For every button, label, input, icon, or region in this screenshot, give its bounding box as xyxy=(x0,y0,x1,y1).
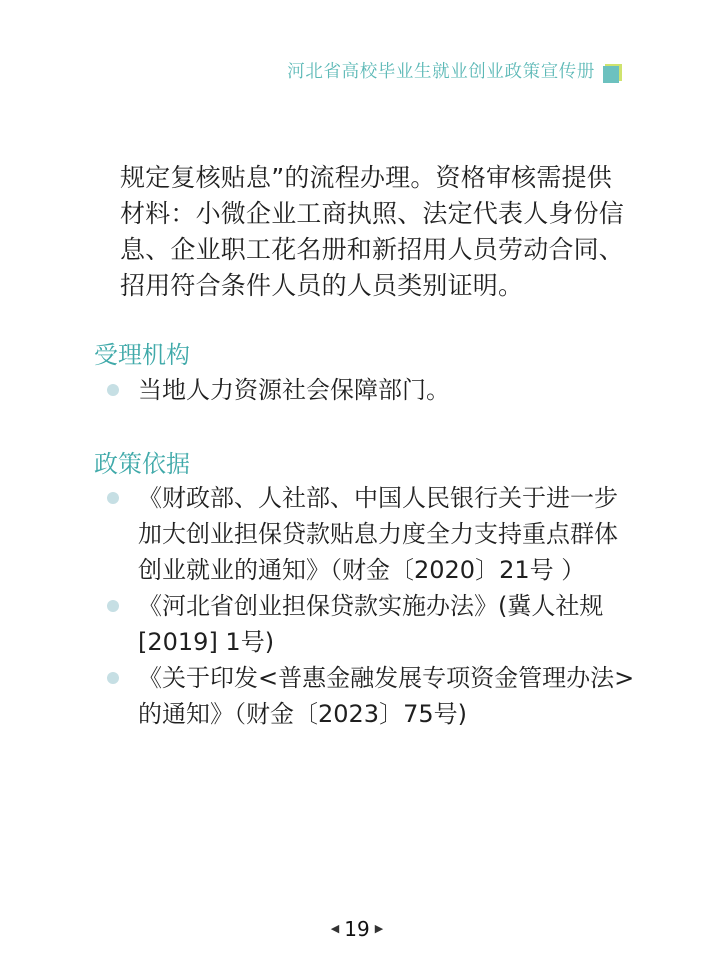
list-item: 《财政部、人社部、中国人民银行关于进一步 加大创业担保贷款贴息力度全力支持重点群… xyxy=(107,480,627,588)
section-heading-policy-basis: 政策依据 xyxy=(94,448,190,480)
list-item: 当地人力资源社会保障部门。 xyxy=(107,372,627,408)
bullet-dot-icon xyxy=(107,384,119,396)
list-item-line: 的通知》（财金〔2023〕75号) xyxy=(138,696,627,732)
policy-basis-list: 《财政部、人社部、中国人民银行关于进一步 加大创业担保贷款贴息力度全力支持重点群… xyxy=(107,480,627,732)
square-mark-icon xyxy=(603,65,622,84)
paragraph-line: 招用符合条件人员的人员类别证明。 xyxy=(120,268,610,304)
section-heading-accepting-agency: 受理机构 xyxy=(94,339,190,371)
square-mark-front xyxy=(603,66,619,83)
list-item-line: 《关于印发<普惠金融发展专项资金管理办法> xyxy=(138,660,627,696)
list-item-line: 《河北省创业担保贷款实施办法》(冀人社规 xyxy=(138,588,627,624)
list-item-line: [2019] 1号) xyxy=(138,624,627,660)
paragraph-line: 息、企业职工花名册和新招用人员劳动合同、 xyxy=(120,232,610,268)
running-header: 河北省高校毕业生就业创业政策宣传册 xyxy=(287,60,622,84)
body-paragraph: 规定复核贴息”的流程办理。资格审核需提供 材料：小微企业工商执照、法定代表人身份… xyxy=(120,160,610,304)
list-item: 《河北省创业担保贷款实施办法》(冀人社规 [2019] 1号) xyxy=(107,588,627,660)
list-item: 《关于印发<普惠金融发展专项资金管理办法> 的通知》（财金〔2023〕75号) xyxy=(107,660,627,732)
page-navigator: ◀ 19 ▶ xyxy=(0,916,714,942)
next-page-arrow-icon[interactable]: ▶ xyxy=(375,919,383,939)
prev-page-arrow-icon[interactable]: ◀ xyxy=(331,919,339,939)
page-number: 19 xyxy=(344,916,369,942)
list-item-line: 创业就业的通知》（财金〔2020〕21号 ） xyxy=(138,552,627,588)
bullet-dot-icon xyxy=(107,672,119,684)
bullet-dot-icon xyxy=(107,492,119,504)
paragraph-line: 规定复核贴息”的流程办理。资格审核需提供 xyxy=(120,160,610,196)
booklet-title: 河北省高校毕业生就业创业政策宣传册 xyxy=(287,60,595,84)
list-item-line: 《财政部、人社部、中国人民银行关于进一步 xyxy=(138,480,627,516)
accepting-agency-list: 当地人力资源社会保障部门。 xyxy=(107,372,627,408)
paragraph-line: 材料：小微企业工商执照、法定代表人身份信 xyxy=(120,196,610,232)
bullet-dot-icon xyxy=(107,600,119,612)
list-item-line: 当地人力资源社会保障部门。 xyxy=(138,372,627,408)
list-item-line: 加大创业担保贷款贴息力度全力支持重点群体 xyxy=(138,516,627,552)
